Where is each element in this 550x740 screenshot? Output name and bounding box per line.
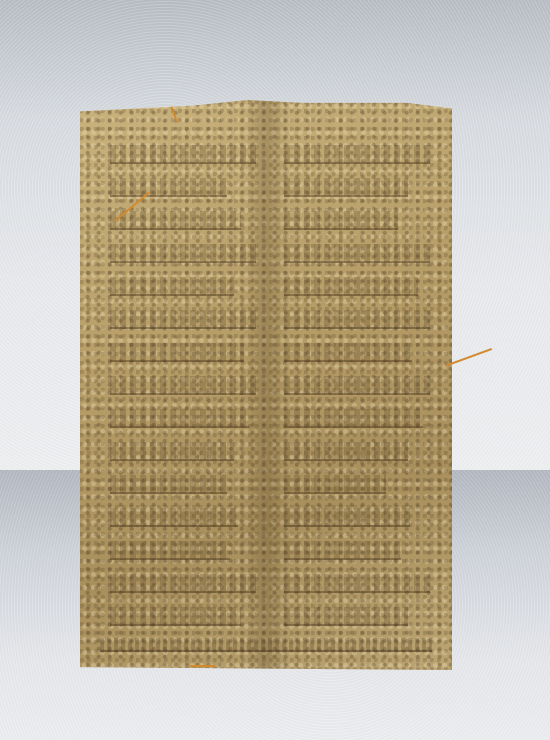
inscription-line bbox=[284, 442, 408, 461]
inscription-line bbox=[284, 607, 408, 626]
inscription-line bbox=[284, 343, 412, 362]
inscription-line bbox=[110, 343, 244, 362]
inscription-line bbox=[284, 244, 430, 263]
inscription-line bbox=[110, 508, 238, 527]
inscription-line bbox=[110, 409, 249, 428]
inscription-line bbox=[110, 475, 227, 494]
inscription-line bbox=[110, 376, 256, 395]
inscription-line bbox=[284, 541, 401, 560]
inscription-line bbox=[284, 310, 430, 329]
inscription-line bbox=[284, 211, 398, 230]
inscription-column-left bbox=[110, 145, 256, 626]
inscription-line bbox=[110, 178, 227, 197]
inscription-line bbox=[284, 376, 430, 395]
photo-scene: Weathered rectangular tablet with raised… bbox=[0, 0, 550, 740]
inscription-line bbox=[110, 541, 230, 560]
inscription-line bbox=[284, 409, 423, 428]
inscription-line bbox=[284, 475, 386, 494]
orange-fiber bbox=[114, 191, 150, 221]
inscription-line bbox=[110, 607, 241, 626]
inscribed-tablet bbox=[80, 100, 452, 670]
inscription-line bbox=[284, 508, 410, 527]
orange-fiber bbox=[190, 665, 215, 667]
inscription-line bbox=[110, 277, 234, 296]
inscription-footer-line bbox=[100, 638, 432, 652]
inscription-line bbox=[110, 244, 256, 263]
inscription-line bbox=[110, 145, 256, 164]
inscription-line bbox=[110, 442, 234, 461]
inscription-line bbox=[284, 178, 408, 197]
inscription-line bbox=[110, 574, 256, 593]
inscription bbox=[110, 145, 430, 626]
inscription-line bbox=[284, 145, 430, 164]
inscription-line bbox=[284, 574, 430, 593]
inscription-line bbox=[284, 277, 418, 296]
inscription-line bbox=[110, 211, 241, 230]
inscription-line bbox=[110, 310, 256, 329]
inscription-column-right bbox=[284, 145, 430, 626]
